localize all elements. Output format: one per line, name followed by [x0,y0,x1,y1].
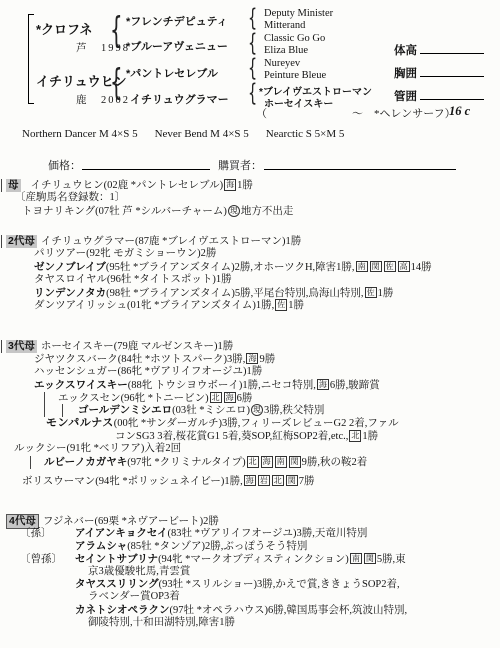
text-run: 6勝,駿蹄賞 [330,380,380,391]
text-run: トヨナリキング(07牡 芦 *シルバーチャーム) [22,206,227,217]
pedigree-line: ラベンダー賞OP3着 [0,591,500,604]
chest-blank-line [420,65,484,77]
pedigree-line: ルビーノカガヤキ(97牝 *クリミナルタイプ)北海南関9勝,秋の鞍2着 [0,456,500,469]
horse-name: カネトシオペラクン [75,604,170,616]
pedigree-line: モンパルナス(00牝 *サンダーガルチ)3勝,フィリーズレビューG2 2着,ファ… [0,417,500,430]
pedigree-line: トヨナリキング(07牡 芦 *シルバーチャーム)現地方不出走 [0,205,500,218]
horse-name: リンデンノタカ [34,287,106,299]
text-run: (95牡 *ブライアンズタイム)2勝,オホーツクH,障害1勝, [106,262,355,273]
pedigree-line: ゼンノブレイブ(95牡 *ブライアンズタイム)2勝,オホーツクH,障害1勝,南関… [0,261,500,274]
text-run: イチリュウグラマー(87鹿 *ブレイヴエストローマン)1勝 [41,236,301,247]
price-blank-line [82,157,210,170]
pedigree-line: 御陵特別,十和田湖特別,障害1勝 [0,617,500,630]
text-run: 御陵特別,十和田湖特別,障害1勝 [88,617,235,628]
inbreeding-item: Never Bend M 4×S 5 [155,128,249,140]
pedigree-line: ダンツアイリッシュ(01牝 *ブライアンズタイム)1勝,佐1勝 [0,299,500,312]
tree-line [1,235,2,248]
pedigree-section: 3代母ホーセイスキー(79鹿 マルゼンスキー)1勝ジヤツクスバーク(84牡 *ホ… [0,340,500,488]
text-run: (00牝 *サンダーガルチ)3勝,フィリーズレビューG2 2着,ファル [114,418,399,429]
family-ancestor: ～ *ヘレンサーフ） [352,105,456,121]
dam-brace: { [110,62,123,103]
text-run: ボリスウーマン(94牝 *ポリッシュネイビー)1勝, [22,476,243,487]
pedigree-section: 4代母フジネバー(69栗 *ネヴアービート)2勝〔孫〕アイアンキョクセイ(83牡… [0,514,500,630]
sire-brace: { [110,10,123,51]
gp-brace-3: { [248,54,257,82]
region-badge: 北 [272,475,284,487]
text-run: 3勝,秩父特別 [264,405,324,416]
grandsire-name: Deputy Minister [264,8,333,19]
height-label: 体高 [394,45,417,57]
inbreeding-row: Northern Dancer M 4×S 5 Never Bend M 4×S… [22,128,344,140]
gp-brace-1: { [248,4,257,32]
height-field: 体高 [394,42,484,58]
pedigree-line: カネトシオペラクン(97牡 *オペラハウス)6勝,韓国馬事会杯,筑波山特別, [0,604,500,617]
text-run: 1勝 [378,288,394,299]
generation-label: 3代母 [6,340,37,353]
horse-name: タヤススリリング [75,578,159,590]
region-badge: 岩 [258,475,270,487]
cannon-label: 管囲 [394,91,417,103]
pedigree-line: ジヤツクスバーク(84牡 *ホツトスパーク)3勝,海9勝 [0,353,500,366]
text-run: 9勝,秋の鞍2着 [302,457,368,468]
text-run: ジヤツクスバーク(84牡 *ホツトスパーク)3勝, [34,354,245,365]
chest-label: 胸囲 [394,68,417,80]
pedigree-line: アラムシャ(85牡 *タンゾア)2勝,ぶっぽうそう特別 [0,540,500,553]
pedigree-line: 京3歳優駿牝馬,青雲賞 [0,566,500,579]
buyer-label: 購買者： [218,157,262,173]
pedigree-bracket [28,14,34,104]
pedigree-line: 母イチリュウヒン(02鹿 *パントレセレブル)海1勝 [0,179,500,192]
height-blank-line [420,42,484,54]
pedigree-line: 〔産駒馬名登録数：1〕 [0,192,500,205]
text-run: ラベンダー賞OP3着 [88,591,180,602]
tree-line [1,340,2,353]
text-run: 14勝 [411,262,432,273]
text-run: 1勝 [237,180,253,191]
region-badge: 北 [349,430,361,442]
horse-name: ゴールデンミシエロ [78,404,172,416]
pedigree-line: エックスワイスキー(88牝 トウシヨウボーイ)1勝,ニセコ特別,海6勝,駿蹄賞 [0,379,500,392]
text-run: (03牡 *ミシエロ) [172,405,250,416]
region-badge: 佐 [384,261,396,273]
text-run: 9勝 [259,354,275,365]
horse-name: モンパルナス [46,417,114,429]
cannon-blank-line [420,88,484,100]
status-badge: 現 [228,205,240,217]
family-number: 16 c [449,104,470,119]
inbreeding-item: Northern Dancer M 4×S 5 [22,128,138,140]
pedigree-line: ハッセンシュガー(86牝 *ヴアリイフオージユ)1勝 [0,366,500,379]
region-badge: 海 [261,456,273,468]
region-badge: 南 [350,553,362,565]
catalog-page: *クロフネ 芦 1998 イチリュウヒン 鹿 2002 { { *フレンチデピュ… [0,0,500,648]
text-run: 7勝 [299,476,315,487]
text-run: ルックシー(91牝 *ベリフア)入着2回 [14,443,181,454]
text-run: (94牝 *マークオブディスティンクション) [158,554,349,565]
region-badge: 南 [356,261,368,273]
pedigree-line: タヤススリリング(93牡 *スリルショー)3勝,かえで賞,ききょうSOP2着, [0,578,500,591]
text-run: コンSG3 3着,桜花賞G1 5着,葵SOP,紅梅SOP2着,etc., [115,431,348,442]
chest-field: 胸囲 [394,65,484,81]
gp-brace-2: { [248,29,257,57]
grandsire-name: Nureyev [264,58,300,69]
text-run: (83牡 *ヴアリイフオージユ)3勝,天竜川特別 [168,528,368,539]
family-open-paren: （ [256,105,267,121]
horse-name: ゼンノブレイブ [34,261,106,273]
pedigree-line: 3代母ホーセイスキー(79鹿 マルゼンスキー)1勝 [0,340,500,353]
text-run: ダンツアイリッシュ(01牝 *ブライアンズタイム)1勝, [34,300,274,311]
horse-name: アラムシャ [75,540,127,552]
text-run: 6勝 [237,393,253,404]
pedigree-line: 〔曾孫〕セイントサブリナ(94牝 *マークオブディスティンクション)南関5勝,東 [0,553,500,566]
tree-line [44,392,45,405]
region-badge: 関 [370,261,382,273]
text-run: 地方不出走 [241,206,294,217]
text-run: 京3歳優駿牝馬,青雲賞 [88,566,190,577]
horse-name: アイアンキョクセイ [75,527,168,539]
tree-line [1,179,2,192]
text-run: (85牡 *タンゾア)2勝,ぶっぽうそう特別 [127,541,307,552]
granddam-name: Eliza Blue [264,45,308,56]
pedigree-line: 2代母イチリュウグラマー(87鹿 *ブレイヴエストローマン)1勝 [0,235,500,248]
text-run: フジネバー(69栗 *ネヴアービート)2勝 [43,516,219,527]
pedigree-section: 母イチリュウヒン(02鹿 *パントレセレブル)海1勝〔産駒馬名登録数：1〕トヨナ… [0,179,500,218]
region-badge: 関 [364,553,376,565]
region-badge: 南 [275,456,287,468]
text-run: パリツアー(92牝 モガミショーウン)2勝 [34,248,216,259]
region-badge: 海 [317,379,329,391]
region-badge: 海 [224,179,236,191]
region-badge: 佐 [275,299,287,311]
cannon-field: 管囲 [394,88,484,104]
pedigree-line: 〔孫〕アイアンキョクセイ(83牡 *ヴアリイフオージユ)3勝,天竜川特別 [0,527,500,540]
text-run: (97牝 *クリミナルタイプ) [127,457,245,468]
granddam-name: Mitterand [264,20,305,31]
dam-sire-name: *パントレセレブル [126,65,218,81]
pedigree-line: ボリスウーマン(94牝 *ポリッシュネイビー)1勝,海岩北関7勝 [0,475,500,488]
text-run: (93牡 *スリルショー)3勝,かえで賞,ききょうSOP2着, [159,579,400,590]
text-run: 1勝 [288,300,304,311]
grandsire-name: Classic Go Go [264,33,325,44]
text-run: イチリュウヒン(02鹿 *パントレセレブル) [31,180,224,191]
buyer-blank-line [264,157,456,170]
pedigree-line: ゴールデンミシエロ(03牡 *ミシエロ)現3勝,秩父特別 [0,404,500,417]
text-run: タヤスロイヤル(96牡 *タイトスポット)1勝 [34,274,232,285]
inbreeding-item: Nearctic S 5×M 5 [266,128,345,140]
tree-line [44,404,45,417]
pedigree-section: 2代母イチリュウグラマー(87鹿 *ブレイヴエストローマン)1勝パリツアー(92… [0,235,500,312]
pedigree-line: 4代母フジネバー(69栗 *ネヴアービート)2勝 [0,514,500,527]
text-run: 〔産駒馬名登録数：1〕 [15,192,125,203]
text-run: ホーセイスキー(79鹿 マルゼンスキー)1勝 [41,341,233,352]
pedigree-line: リンデンノタカ(98牡 *ブライアンズタイム)5勝,平尾台特別,鳥海山特別,佐1… [0,287,500,300]
text-run: ハッセンシュガー(86牝 *ヴアリイフオージユ)1勝 [34,366,262,377]
status-badge: 現 [251,404,263,416]
text-run: (98牡 *ブライアンズタイム)5勝,平尾台特別,鳥海山特別, [106,288,363,299]
pedigree-line: ルックシー(91牝 *ベリフア)入着2回 [0,443,500,456]
region-badge: 高 [398,261,410,273]
region-badge: 関 [286,475,298,487]
text-run: (97牡 *オペラハウス)6勝,韓国馬事会杯,筑波山特別, [170,605,408,616]
text-run: 1勝 [362,431,378,442]
pedigree-line: コンSG3 3着,桜花賞G1 5着,葵SOP,紅梅SOP2着,etc.,北1勝 [0,430,500,443]
region-badge: 関 [289,456,301,468]
text-run: 5勝,東 [377,554,406,565]
text-run: (88牝 トウシヨウボーイ)1勝,ニセコ特別, [128,380,316,391]
family-line-row: （ ～ *ヘレンサーフ） 16 c [0,105,500,119]
region-badge: 海 [244,475,256,487]
region-badge: 北 [247,456,259,468]
pedigree-line: タヤスロイヤル(96牡 *タイトスポット)1勝 [0,274,500,287]
pedigree-line: パリツアー(92牝 モガミショーウン)2勝 [0,248,500,261]
horse-name: セイントサブリナ [75,553,158,565]
region-badge: 北 [210,392,222,404]
tree-line [30,456,31,469]
generation-label: 母 [6,179,21,192]
horse-name: ルビーノカガヤキ [44,456,127,468]
region-badge: 佐 [365,287,377,299]
granddam-name: Peinture Bleue [264,70,326,81]
horse-name: エックスワイスキー [34,379,128,391]
generation-label: 2代母 [6,235,37,248]
gp-brace-4: { [248,79,257,107]
sire-sire-name: *フレンチデピュティ [126,13,228,29]
price-label: 価格： [48,157,81,173]
sire-dam-name: *ブルーアヴェニュー [126,38,228,54]
pedigree-line: エックスセン(96牝 *トニービン)北海6勝 [0,392,500,405]
sire-name: *クロフネ [36,19,93,38]
region-badge: 海 [224,392,236,404]
region-badge: 海 [246,353,258,365]
text-run: エックスセン(96牝 *トニービン) [58,393,209,404]
tree-line [62,404,63,417]
